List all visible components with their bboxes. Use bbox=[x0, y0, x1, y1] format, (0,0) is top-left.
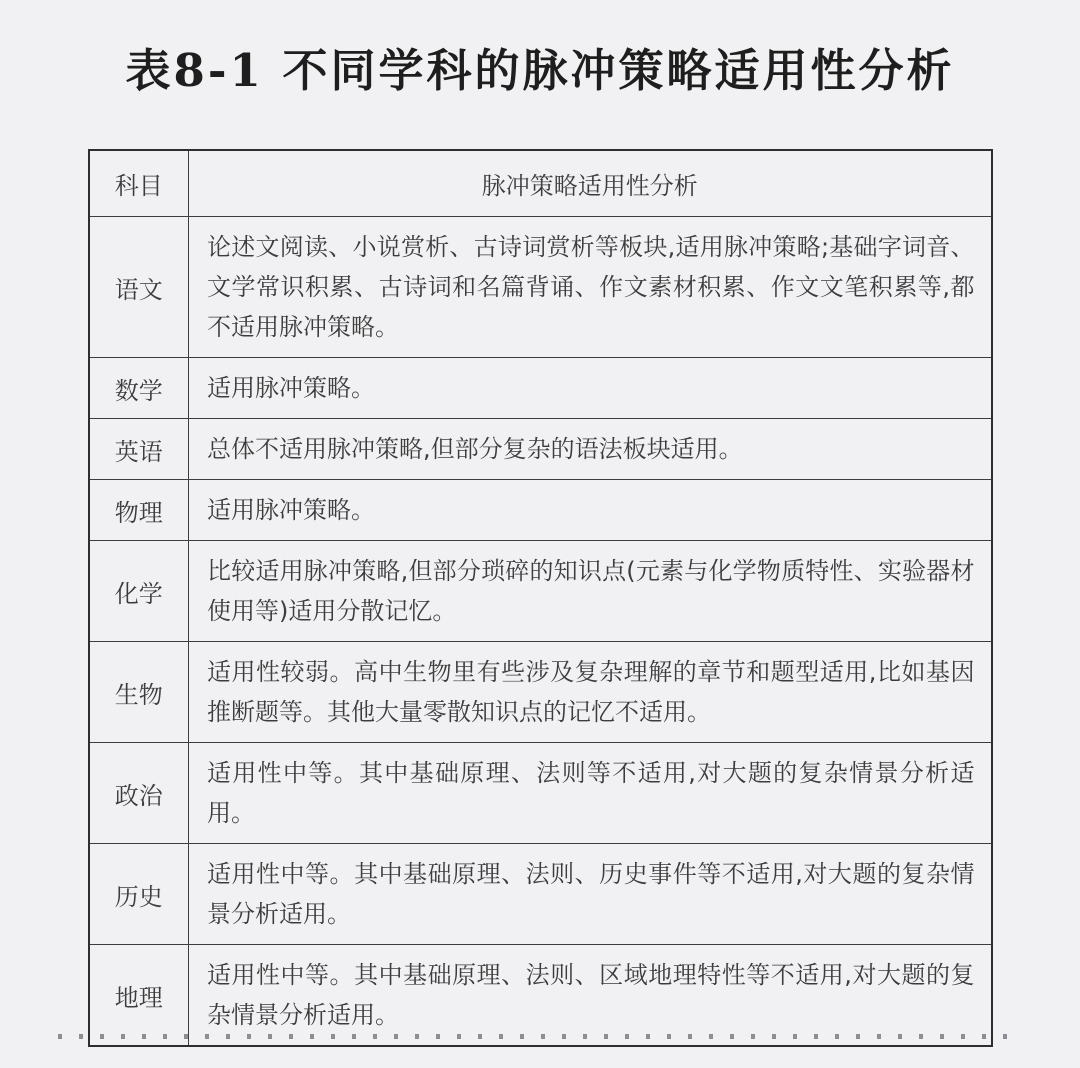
table-row: 政治 适用性中等。其中基础原理、法则等不适用,对大题的复杂情景分析适用。 bbox=[89, 743, 992, 844]
subject-cell: 生物 bbox=[89, 642, 189, 743]
table-row: 物理 适用脉冲策略。 bbox=[89, 480, 992, 541]
table-row: 生物 适用性较弱。高中生物里有些涉及复杂理解的章节和题型适用,比如基因推断题等。… bbox=[89, 642, 992, 743]
analysis-cell: 适用性中等。其中基础原理、法则、区域地理特性等不适用,对大题的复杂情景分析适用。 bbox=[189, 945, 992, 1047]
table-row: 英语 总体不适用脉冲策略,但部分复杂的语法板块适用。 bbox=[89, 419, 992, 480]
dotted-divider bbox=[58, 1034, 1024, 1039]
subject-cell: 化学 bbox=[89, 541, 189, 642]
table-row: 历史 适用性中等。其中基础原理、法则、历史事件等不适用,对大题的复杂情景分析适用… bbox=[89, 844, 992, 945]
table-header-row: 科目 脉冲策略适用性分析 bbox=[89, 150, 992, 217]
subject-cell: 政治 bbox=[89, 743, 189, 844]
analysis-cell: 适用性较弱。高中生物里有些涉及复杂理解的章节和题型适用,比如基因推断题等。其他大… bbox=[189, 642, 992, 743]
analysis-cell: 适用脉冲策略。 bbox=[189, 358, 992, 419]
analysis-cell: 适用脉冲策略。 bbox=[189, 480, 992, 541]
table-row: 数学 适用脉冲策略。 bbox=[89, 358, 992, 419]
analysis-cell: 适用性中等。其中基础原理、法则、历史事件等不适用,对大题的复杂情景分析适用。 bbox=[189, 844, 992, 945]
document-page: 表8-1 不同学科的脉冲策略适用性分析 科目 脉冲策略适用性分析 语文 论述文阅… bbox=[0, 0, 1080, 1068]
subject-cell: 语文 bbox=[89, 217, 189, 358]
analysis-cell: 论述文阅读、小说赏析、古诗词赏析等板块,适用脉冲策略;基础字词音、文学常识积累、… bbox=[189, 217, 992, 358]
subject-cell: 历史 bbox=[89, 844, 189, 945]
subject-cell: 地理 bbox=[89, 945, 189, 1047]
analysis-cell: 适用性中等。其中基础原理、法则等不适用,对大题的复杂情景分析适用。 bbox=[189, 743, 992, 844]
subject-table: 科目 脉冲策略适用性分析 语文 论述文阅读、小说赏析、古诗词赏析等板块,适用脉冲… bbox=[88, 149, 993, 1047]
analysis-cell: 总体不适用脉冲策略,但部分复杂的语法板块适用。 bbox=[189, 419, 992, 480]
table-row: 化学 比较适用脉冲策略,但部分琐碎的知识点(元素与化学物质特性、实验器材使用等)… bbox=[89, 541, 992, 642]
page-title: 表8-1 不同学科的脉冲策略适用性分析 bbox=[0, 0, 1080, 99]
subject-cell: 英语 bbox=[89, 419, 189, 480]
header-subject: 科目 bbox=[89, 150, 189, 217]
analysis-cell: 比较适用脉冲策略,但部分琐碎的知识点(元素与化学物质特性、实验器材使用等)适用分… bbox=[189, 541, 992, 642]
subject-cell: 数学 bbox=[89, 358, 189, 419]
table-row: 语文 论述文阅读、小说赏析、古诗词赏析等板块,适用脉冲策略;基础字词音、文学常识… bbox=[89, 217, 992, 358]
header-analysis: 脉冲策略适用性分析 bbox=[189, 150, 992, 217]
subject-cell: 物理 bbox=[89, 480, 189, 541]
table-row: 地理 适用性中等。其中基础原理、法则、区域地理特性等不适用,对大题的复杂情景分析… bbox=[89, 945, 992, 1047]
